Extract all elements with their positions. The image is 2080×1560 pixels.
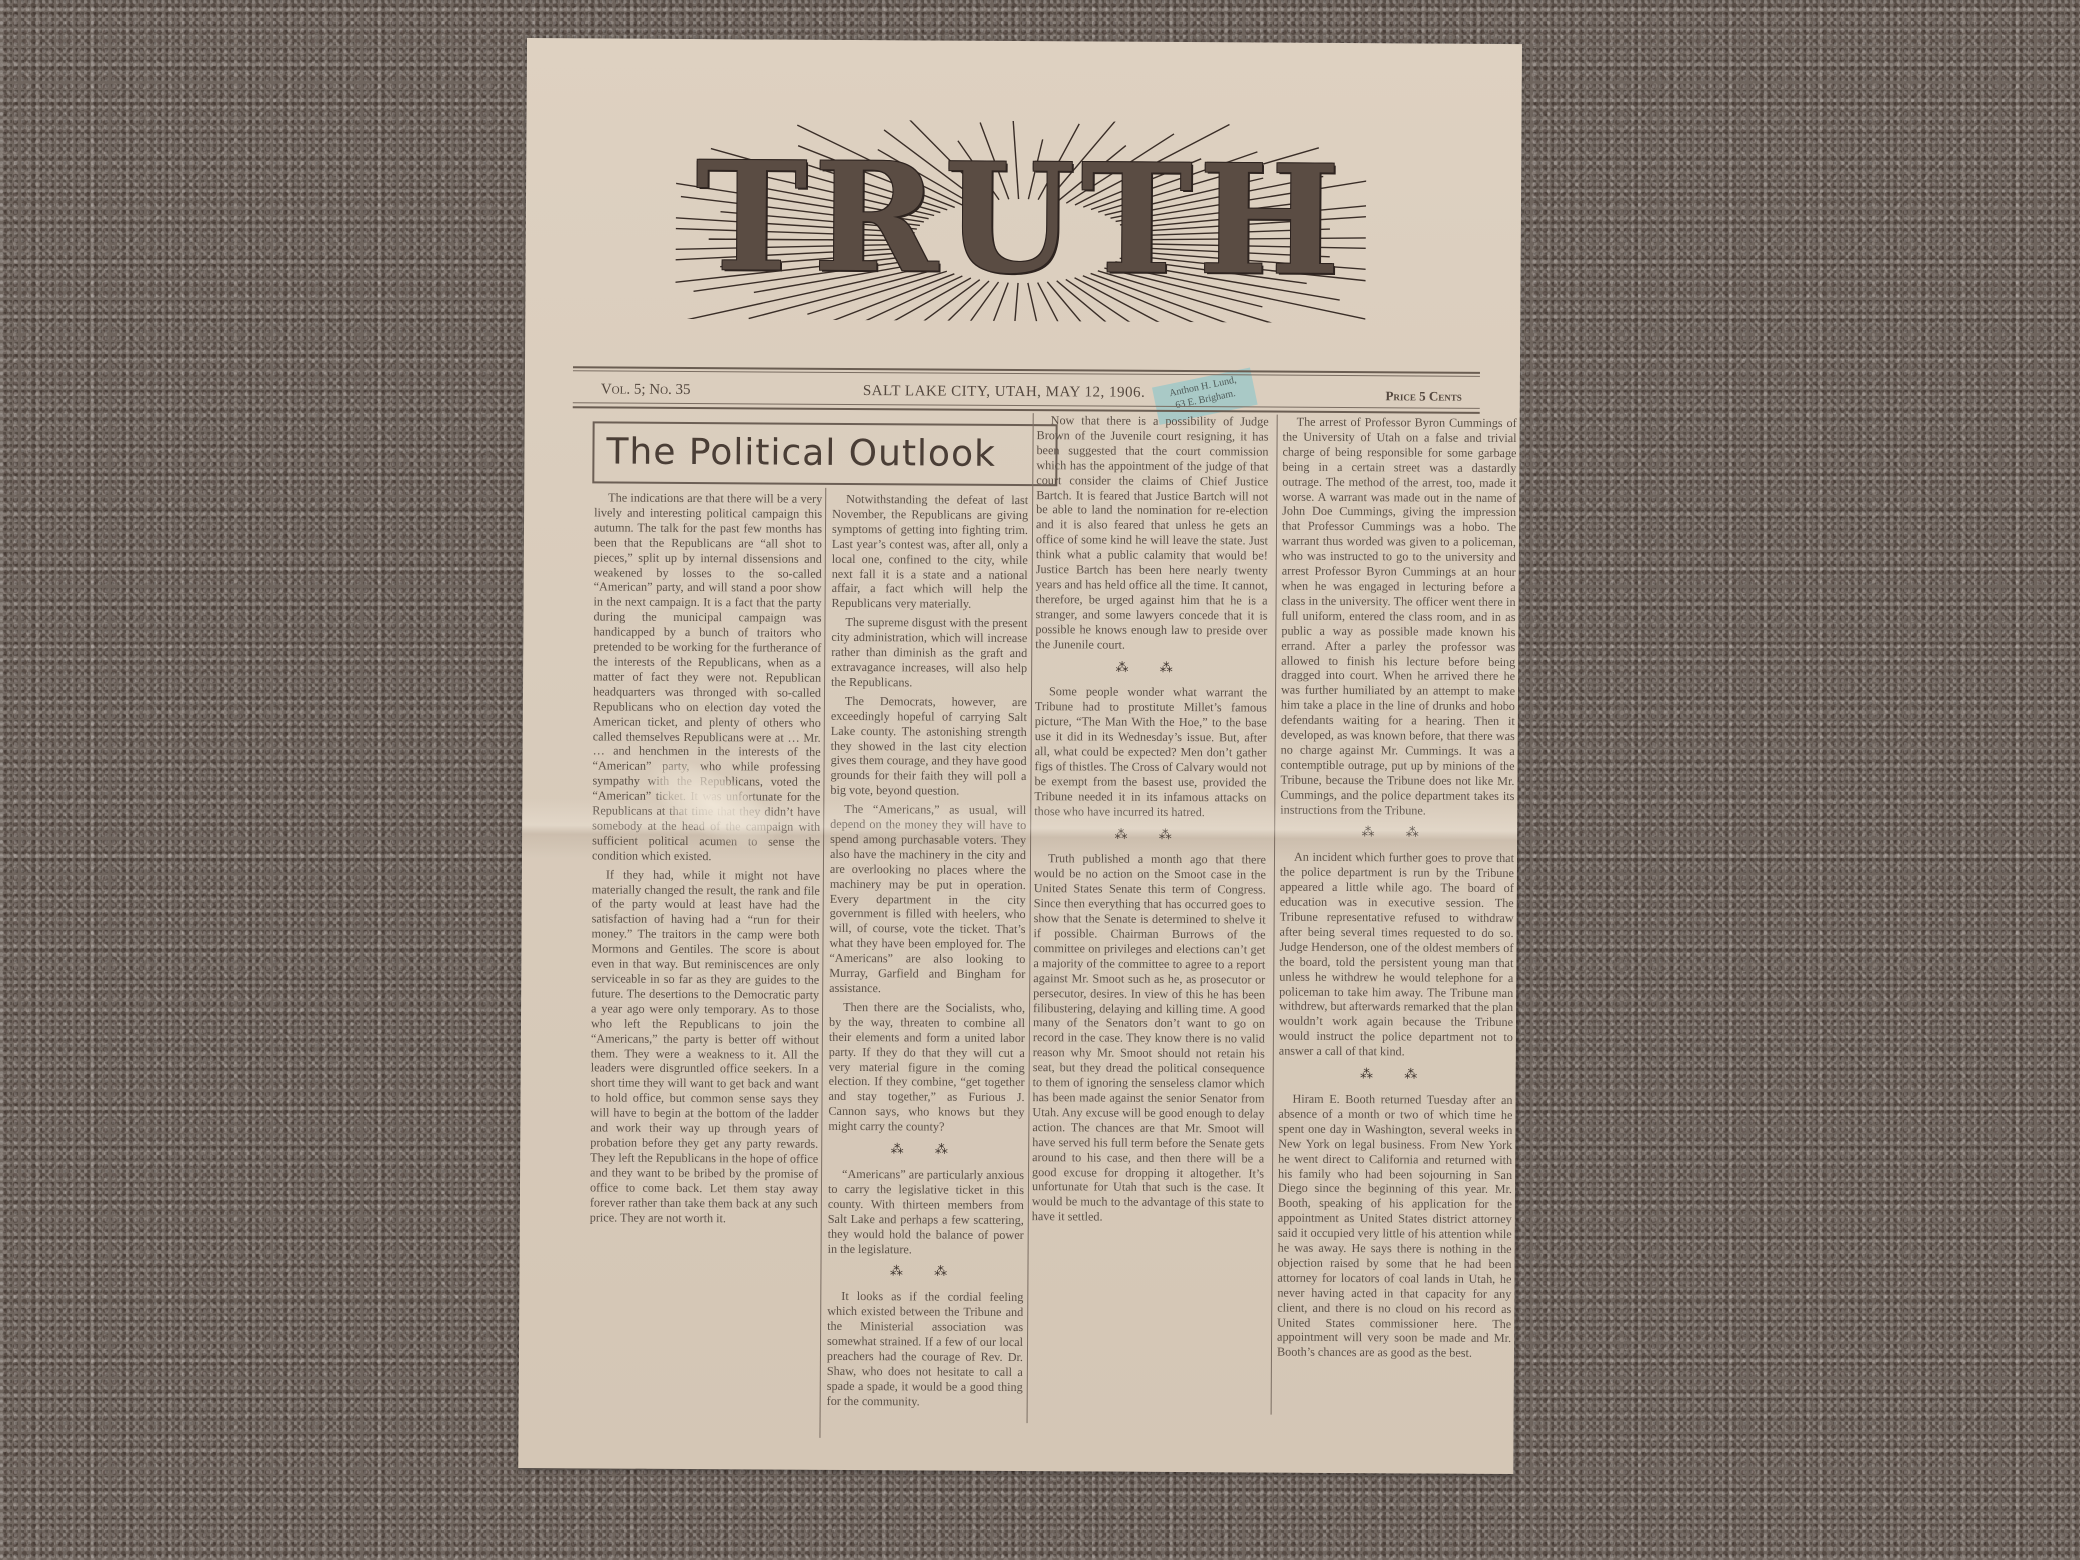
- article-column-1: The indications are that there will be a…: [590, 490, 823, 1230]
- paragraph: Hiram E. Booth returned Tuesday after an…: [1277, 1092, 1513, 1362]
- section-separator: ⁂ ⁂: [1280, 825, 1514, 841]
- paragraph: “Americans” are particularly anxious to …: [828, 1167, 1025, 1258]
- paragraph: If they had, while it might not have mat…: [590, 867, 820, 1226]
- section-separator: ⁂ ⁂: [1035, 660, 1267, 676]
- paragraph: The supreme disgust with the present cit…: [831, 615, 1027, 691]
- section-separator: ⁂ ⁂: [827, 1264, 1023, 1280]
- price: Price 5 Cents: [1385, 388, 1461, 404]
- place-date: SALT LAKE CITY, UTAH, MAY 12, 1906.: [863, 383, 1146, 402]
- section-separator: ⁂ ⁂: [828, 1142, 1024, 1158]
- paragraph: Now that there is a possibility of Judge…: [1035, 413, 1268, 653]
- paragraph: It looks as if the cordial feeling which…: [827, 1289, 1024, 1409]
- masthead-title: TRUTH: [675, 129, 1366, 309]
- headline: The Political Outlook: [592, 421, 1057, 486]
- masthead: TRUTH Anthon H. Lund, 63 E. Brigham.: [675, 119, 1366, 323]
- section-separator: ⁂ ⁂: [1034, 827, 1266, 843]
- paragraph: Notwithstanding the defeat of last Novem…: [832, 492, 1029, 612]
- newspaper-page: TRUTH Anthon H. Lund, 63 E. Brigham. Vol…: [518, 38, 1522, 1474]
- article-column-4: The arrest of Professor Byron Cummings o…: [1277, 415, 1517, 1366]
- paragraph: Truth published a month ago that there w…: [1032, 852, 1266, 1226]
- section-separator: ⁂ ⁂: [1279, 1067, 1513, 1083]
- paragraph: Some people wonder what warrant the Trib…: [1034, 685, 1267, 821]
- paragraph: An incident which further goes to prove …: [1279, 850, 1514, 1060]
- paragraph: The Democrats, however, are exceedingly …: [830, 694, 1027, 800]
- article-column-2: Notwithstanding the defeat of last Novem…: [827, 492, 1029, 1414]
- paragraph: The “Americans,” as usual, will depend o…: [829, 802, 1026, 997]
- article-column-3: Now that there is a possibility of Judge…: [1032, 413, 1269, 1230]
- paragraph: The arrest of Professor Byron Cummings o…: [1280, 415, 1516, 819]
- volume-number: Vol. 5; No. 35: [601, 381, 691, 399]
- paragraph: Then there are the Socialists, who, by t…: [828, 1000, 1025, 1135]
